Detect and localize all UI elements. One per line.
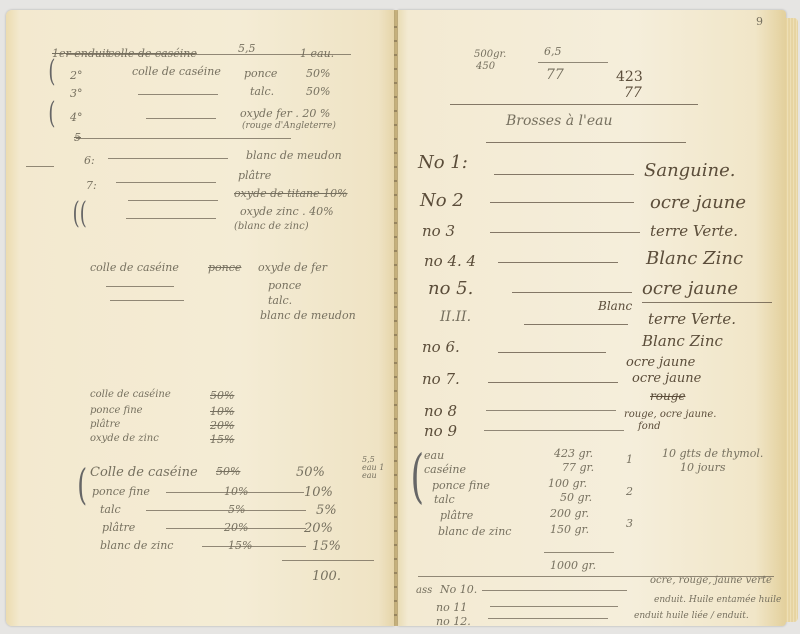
ingredient-qty-6: 150 gr.: [550, 524, 589, 535]
total-grams: 1000 gr.: [550, 560, 596, 571]
section-title: Brosses à l'eau: [506, 114, 612, 128]
blank-line: [128, 200, 218, 201]
recipe-second-3: 5%: [316, 504, 337, 517]
struck-item-3: plâtre: [90, 420, 120, 430]
list-text-2: colle de caséine: [132, 66, 221, 77]
list-value-3: 50%: [306, 86, 330, 97]
notebook-spread: 1er enduit colle de caséine 5,5 1 eau. (…: [6, 6, 796, 630]
entry-line: [490, 232, 640, 233]
ingredient-qty-1: 423 gr.: [554, 448, 593, 459]
bottom-label-1: No 10.: [440, 584, 477, 595]
calc-c: 6,5: [544, 46, 562, 57]
struck-val-4: 15%: [210, 434, 234, 445]
calc-d: 77: [546, 68, 564, 82]
margin-dash: [26, 166, 54, 167]
recipe-first-5: 15%: [228, 540, 252, 551]
double-bracket: ((: [73, 196, 87, 231]
entry-prefix-5: Blanc: [598, 300, 632, 312]
list-number-4: 4°: [70, 112, 83, 123]
blank-line: [110, 300, 184, 301]
calc-f: 77: [624, 86, 642, 100]
entry-color-10: fond: [638, 422, 661, 432]
entry-line: [484, 430, 624, 431]
entry-color-2: ocre jaune: [650, 194, 746, 212]
ingredient-name-3: ponce fine: [432, 480, 490, 491]
entry-line: [490, 202, 634, 203]
struck-val-2: 10%: [210, 406, 234, 417]
margin-note: 5,5 eau 1 eau: [362, 456, 386, 480]
recipe-first-3: 5%: [228, 504, 245, 515]
underline: [642, 302, 772, 303]
entry-line: [498, 352, 606, 353]
entry-line: [482, 590, 627, 591]
bracket: (: [411, 442, 425, 510]
side-note-2: 10 jours: [680, 462, 726, 473]
struck-titane: oxyde de titane 10%: [234, 188, 348, 199]
recipe-name-5: blanc de zinc: [100, 540, 173, 551]
leader-line: [202, 546, 306, 547]
recipe-name-2: ponce fine: [92, 486, 150, 497]
ingredient-qty-4: 50 gr.: [560, 492, 592, 503]
ingredient-name-5: plâtre: [440, 510, 473, 521]
mid-item-1: oxyde de fer: [258, 262, 327, 273]
group-1: 1: [626, 454, 633, 465]
strike-line: [66, 54, 351, 55]
entry-line: [488, 382, 618, 383]
bottom-label-3: no 12.: [436, 616, 471, 627]
blank-line: [146, 118, 216, 119]
entry-color-6: terre Verte.: [648, 312, 736, 327]
list-number-6: 6:: [84, 155, 95, 166]
title-rule-bottom: [486, 142, 686, 143]
entry-label-2: No 2: [420, 192, 464, 210]
entry-color-3: terre Verte.: [650, 224, 738, 239]
page-number: 9: [756, 16, 763, 27]
recipe-name-1: Colle de caséine: [90, 466, 198, 479]
mid-label: colle de caséine: [90, 262, 179, 273]
ingredient-qty-2: 77 gr.: [562, 462, 594, 473]
entry-label-10: no 9: [424, 424, 457, 439]
recipe-first-4: 20%: [224, 522, 248, 533]
list-ingredient-3: talc.: [250, 86, 274, 97]
entry-line: [512, 292, 632, 293]
sum-line: [544, 552, 614, 553]
bracket: (: [48, 54, 55, 89]
strike-line: [76, 138, 291, 139]
bottom-note-2: enduit. Huile entamée huile: [654, 596, 781, 605]
ingredient-name-2: caséine: [424, 464, 466, 475]
struck-line-1-value: 5,5: [238, 43, 256, 54]
bottom-note-1: ocre, rouge, jaune verte: [650, 576, 772, 586]
bracket: (: [77, 460, 87, 509]
entry-color-4: Blanc Zinc: [646, 250, 743, 268]
title-rule-top: [450, 104, 698, 105]
total-line: [282, 560, 374, 561]
leader-line: [146, 510, 306, 511]
entry-label-4: no 4. 4: [424, 254, 476, 269]
struck-val-3: 20%: [210, 420, 234, 431]
recipe-total: 100.: [312, 570, 341, 583]
entry-label-6: II.II.: [440, 310, 471, 324]
binding-stitch: [394, 26, 397, 616]
entry-label-3: no 3: [422, 224, 455, 239]
list-note-8: (blanc de zinc): [234, 222, 309, 232]
entry-line: [486, 410, 616, 411]
entry-label-8: no 7.: [422, 372, 460, 387]
struck-val-1: 50%: [210, 390, 234, 401]
recipe-first-2: 10%: [224, 486, 248, 497]
list-value-2: 50%: [306, 68, 330, 79]
entry-label-5: no 5.: [428, 280, 473, 298]
ingredient-qty-5: 200 gr.: [550, 508, 589, 519]
entry-line: [490, 606, 618, 607]
calc-e: 423: [616, 70, 643, 84]
blank-line: [108, 158, 228, 159]
blank-line: [116, 182, 216, 183]
calc-line: [538, 62, 608, 63]
bottom-note-3: enduit huile liée / enduit.: [634, 612, 749, 621]
entry-color-9: rouge, ocre jaune.: [624, 410, 716, 420]
group-2: 2: [626, 486, 633, 497]
mid-struck: ponce: [208, 262, 241, 273]
recipe-first-1: 50%: [216, 466, 240, 477]
struck-item-4: oxyde de zinc: [90, 434, 159, 444]
entry-color-1: Sanguine.: [644, 162, 736, 180]
entry-label-9: no 8: [424, 404, 457, 419]
recipe-second-1: 50%: [296, 466, 325, 479]
recipe-second-4: 20%: [304, 522, 333, 535]
mid-item-3: talc.: [268, 295, 292, 306]
calc-a: 500gr.: [474, 50, 506, 60]
struck-item-1: colle de caséine: [90, 390, 171, 400]
entry-extra2-8: rouge: [650, 390, 685, 402]
mid-item-2: ponce: [268, 280, 301, 291]
blank-line: [126, 218, 216, 219]
struck-item-2: ponce fine: [90, 406, 143, 416]
entry-color-5: ocre jaune: [642, 280, 738, 298]
recipe-name-3: talc: [100, 504, 121, 515]
blank-line: [138, 94, 218, 95]
calc-b: 450: [476, 62, 495, 72]
bracket: (: [48, 96, 55, 131]
entry-line: [524, 324, 628, 325]
entry-label-7: no 6.: [422, 340, 460, 355]
blank-line: [106, 286, 174, 287]
list-ingredient-2: ponce: [244, 68, 277, 79]
list-note-4: (rouge d'Angleterre): [242, 122, 336, 131]
entry-label-1: No 1:: [418, 154, 468, 172]
ingredient-qty-3: 100 gr.: [548, 478, 587, 489]
entry-line: [498, 262, 618, 263]
bottom-label-2: no 11: [436, 602, 467, 613]
ingredient-name-1: eau: [424, 450, 444, 461]
ingredient-name-6: blanc de zinc: [438, 526, 511, 537]
left-page: 1er enduit colle de caséine 5,5 1 eau. (…: [6, 10, 394, 626]
side-note: 10 gtts de thymol.: [662, 448, 763, 459]
entry-extra-8: ocre jaune: [632, 372, 701, 385]
entry-color-7: Blanc Zinc: [642, 334, 723, 349]
list-ingredient-6: blanc de meudon: [246, 150, 342, 161]
list-number-2: 2°: [70, 70, 83, 81]
ingredient-name-4: talc: [434, 494, 455, 505]
entry-color-8: ocre jaune: [626, 356, 695, 369]
list-ingredient-7: plâtre: [238, 170, 271, 181]
group-3: 3: [626, 518, 633, 529]
list-number-3: 3°: [70, 88, 83, 99]
bottom-prefix-1: ass: [416, 586, 432, 596]
recipe-second-2: 10%: [304, 486, 333, 499]
entry-line: [488, 618, 608, 619]
recipe-second-5: 15%: [312, 540, 341, 553]
entry-line: [494, 174, 634, 175]
list-ingredient-4: oxyde fer . 20 %: [240, 108, 330, 119]
page-edges: [786, 18, 798, 622]
list-number-7: 7:: [86, 180, 97, 191]
list-ingredient-8: oxyde zinc . 40%: [240, 206, 334, 217]
recipe-name-4: plâtre: [102, 522, 135, 533]
mid-item-4: blanc de meudon: [260, 310, 356, 321]
right-page: 9 500gr. 450 6,5 77 423 77 Brosses à l'e…: [398, 10, 786, 626]
